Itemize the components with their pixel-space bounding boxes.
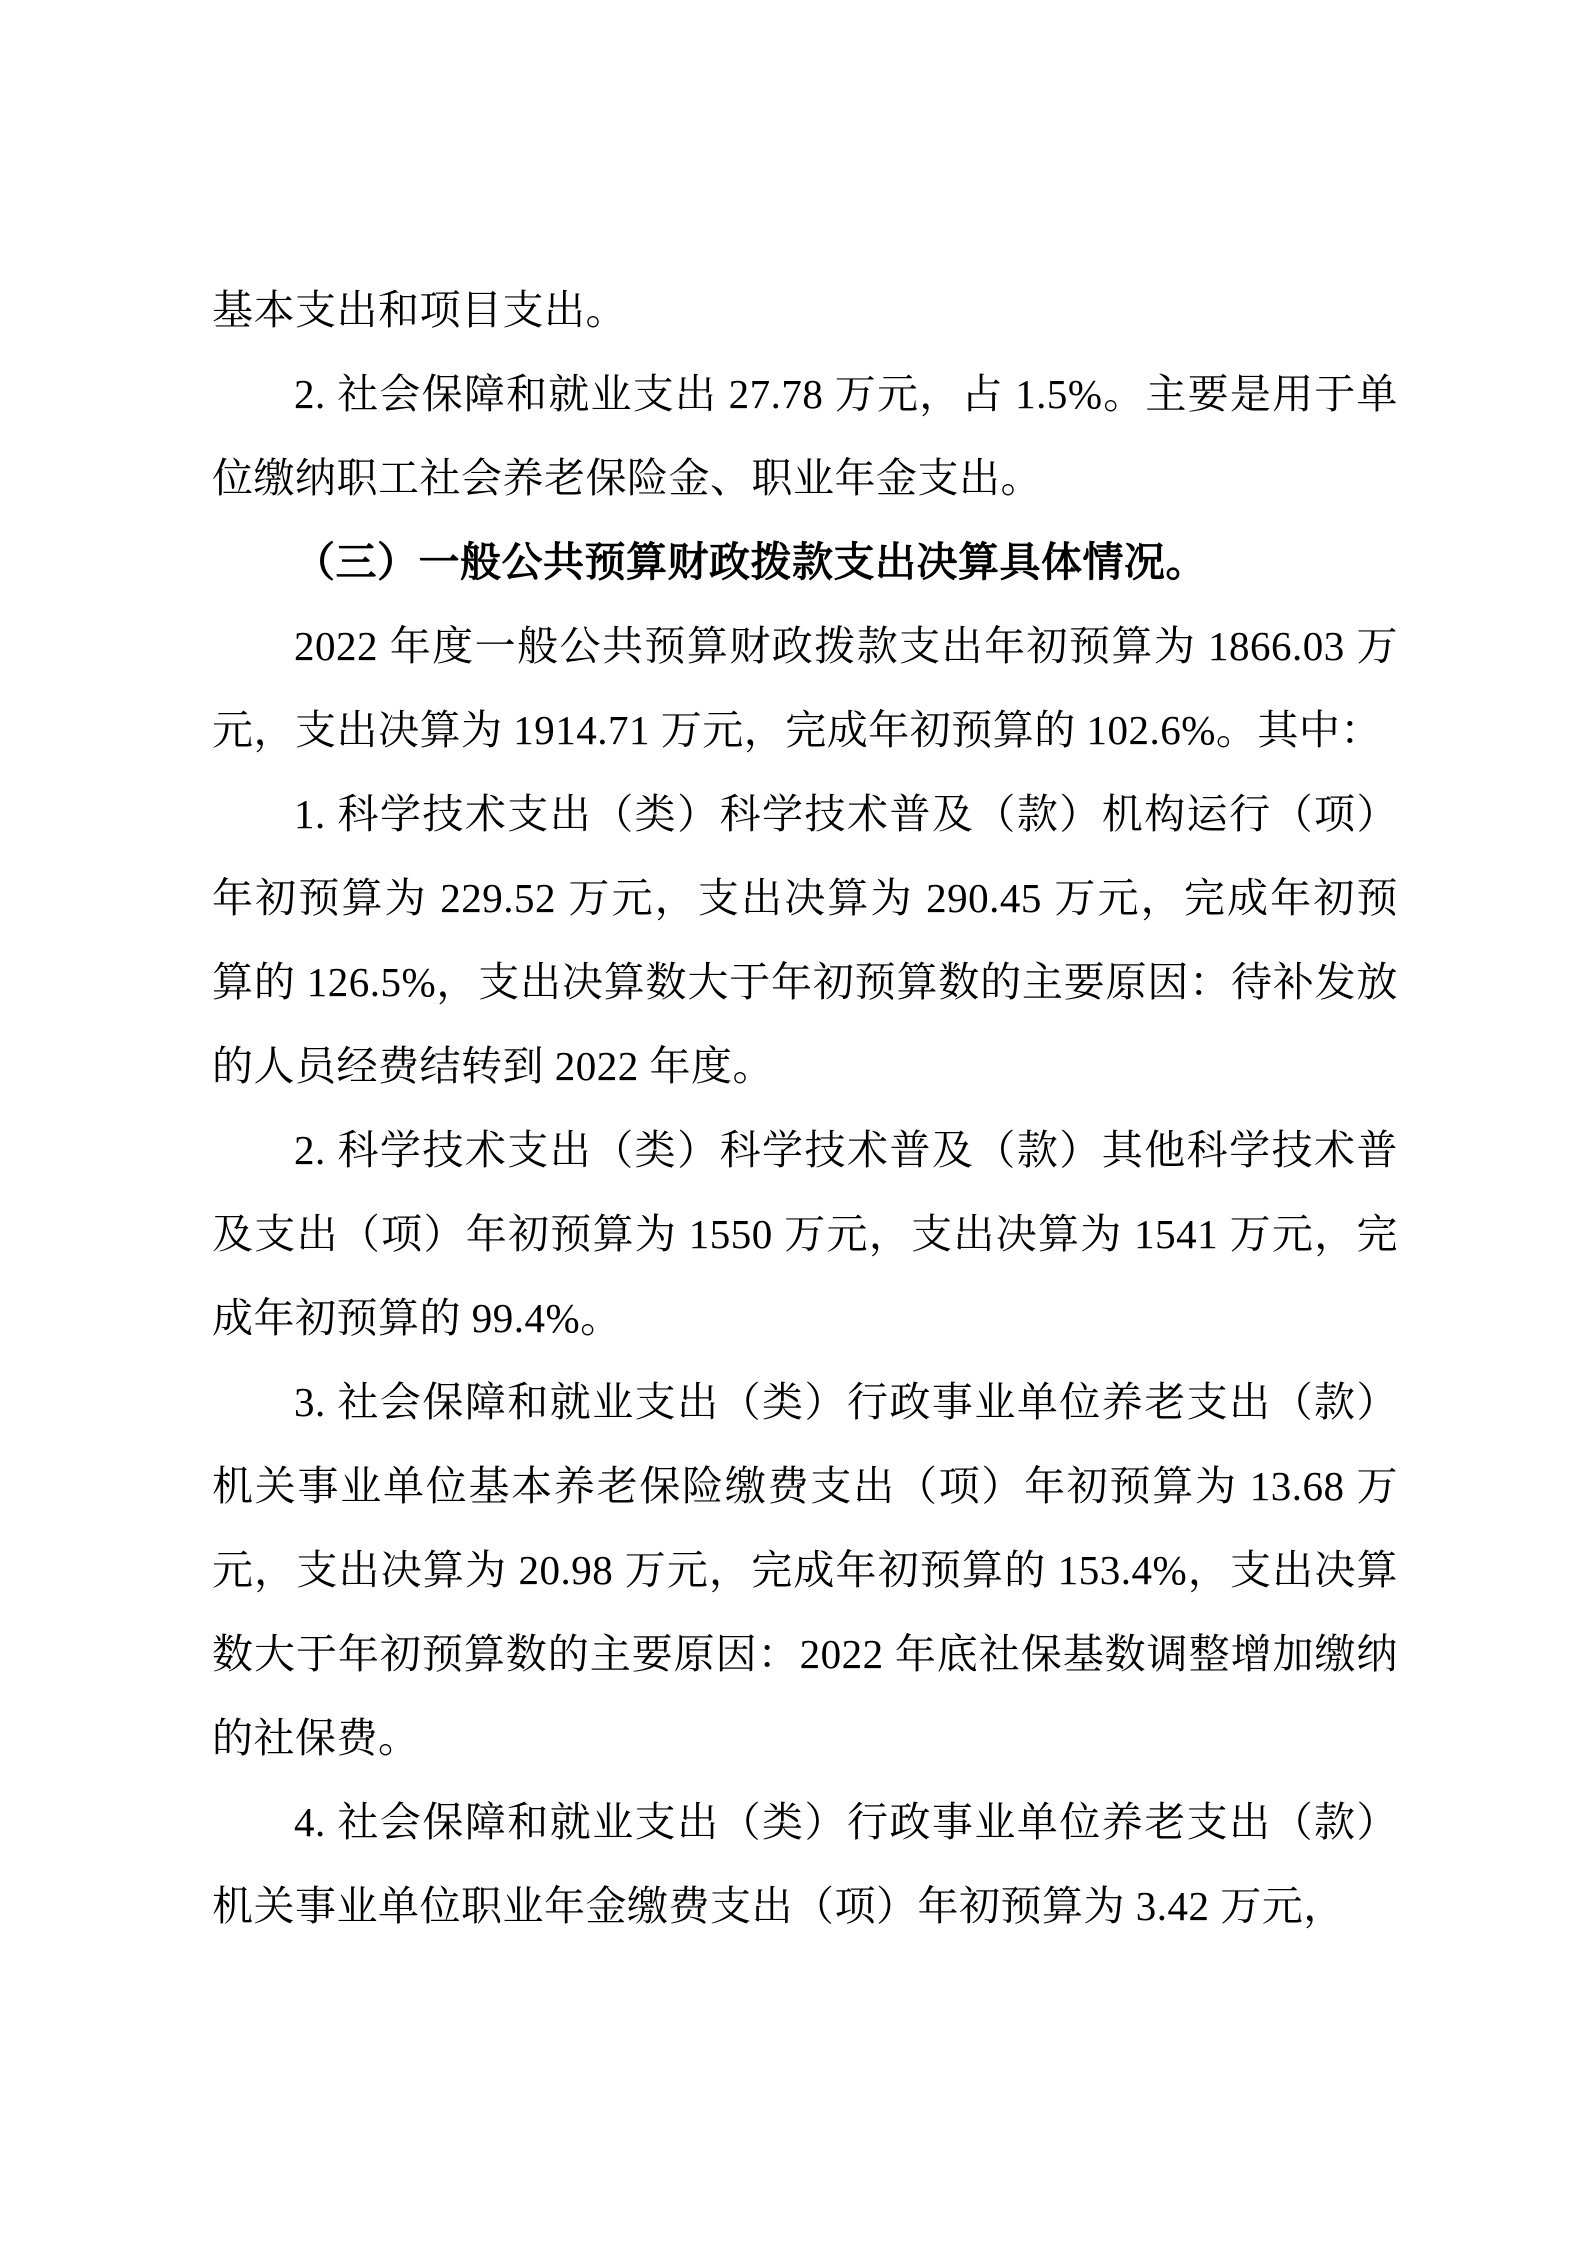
document-page: 基本支出和项目支出。 2. 社会保障和就业支出 27.78 万元，占 1.5%。… (0, 0, 1587, 2245)
document-body: 基本支出和项目支出。 2. 社会保障和就业支出 27.78 万元，占 1.5%。… (212, 268, 1398, 1948)
paragraph-item-2-social-security-employment: 2. 社会保障和就业支出 27.78 万元，占 1.5%。主要是用于单位缴纳职工… (212, 352, 1398, 520)
paragraph-overview-2022-budget: 2022 年度一般公共预算财政拨款支出年初预算为 1866.03 万元，支出决算… (212, 604, 1398, 772)
paragraph-detail-4-occupational-annuity: 4. 社会保障和就业支出（类）行政事业单位养老支出（款）机关事业单位职业年金缴费… (212, 1780, 1398, 1948)
paragraph-detail-1-science-tech-institution-operation: 1. 科学技术支出（类）科学技术普及（款）机构运行（项）年初预算为 229.52… (212, 772, 1398, 1108)
section-heading-general-public-budget-expenditure-details: （三）一般公共预算财政拨款支出决算具体情况。 (212, 520, 1398, 604)
paragraph-continuation-basic-project-expense: 基本支出和项目支出。 (212, 268, 1398, 352)
paragraph-detail-3-basic-pension-insurance: 3. 社会保障和就业支出（类）行政事业单位养老支出（款）机关事业单位基本养老保险… (212, 1360, 1398, 1780)
paragraph-detail-2-science-tech-other-popularization: 2. 科学技术支出（类）科学技术普及（款）其他科学技术普及支出（项）年初预算为 … (212, 1108, 1398, 1360)
